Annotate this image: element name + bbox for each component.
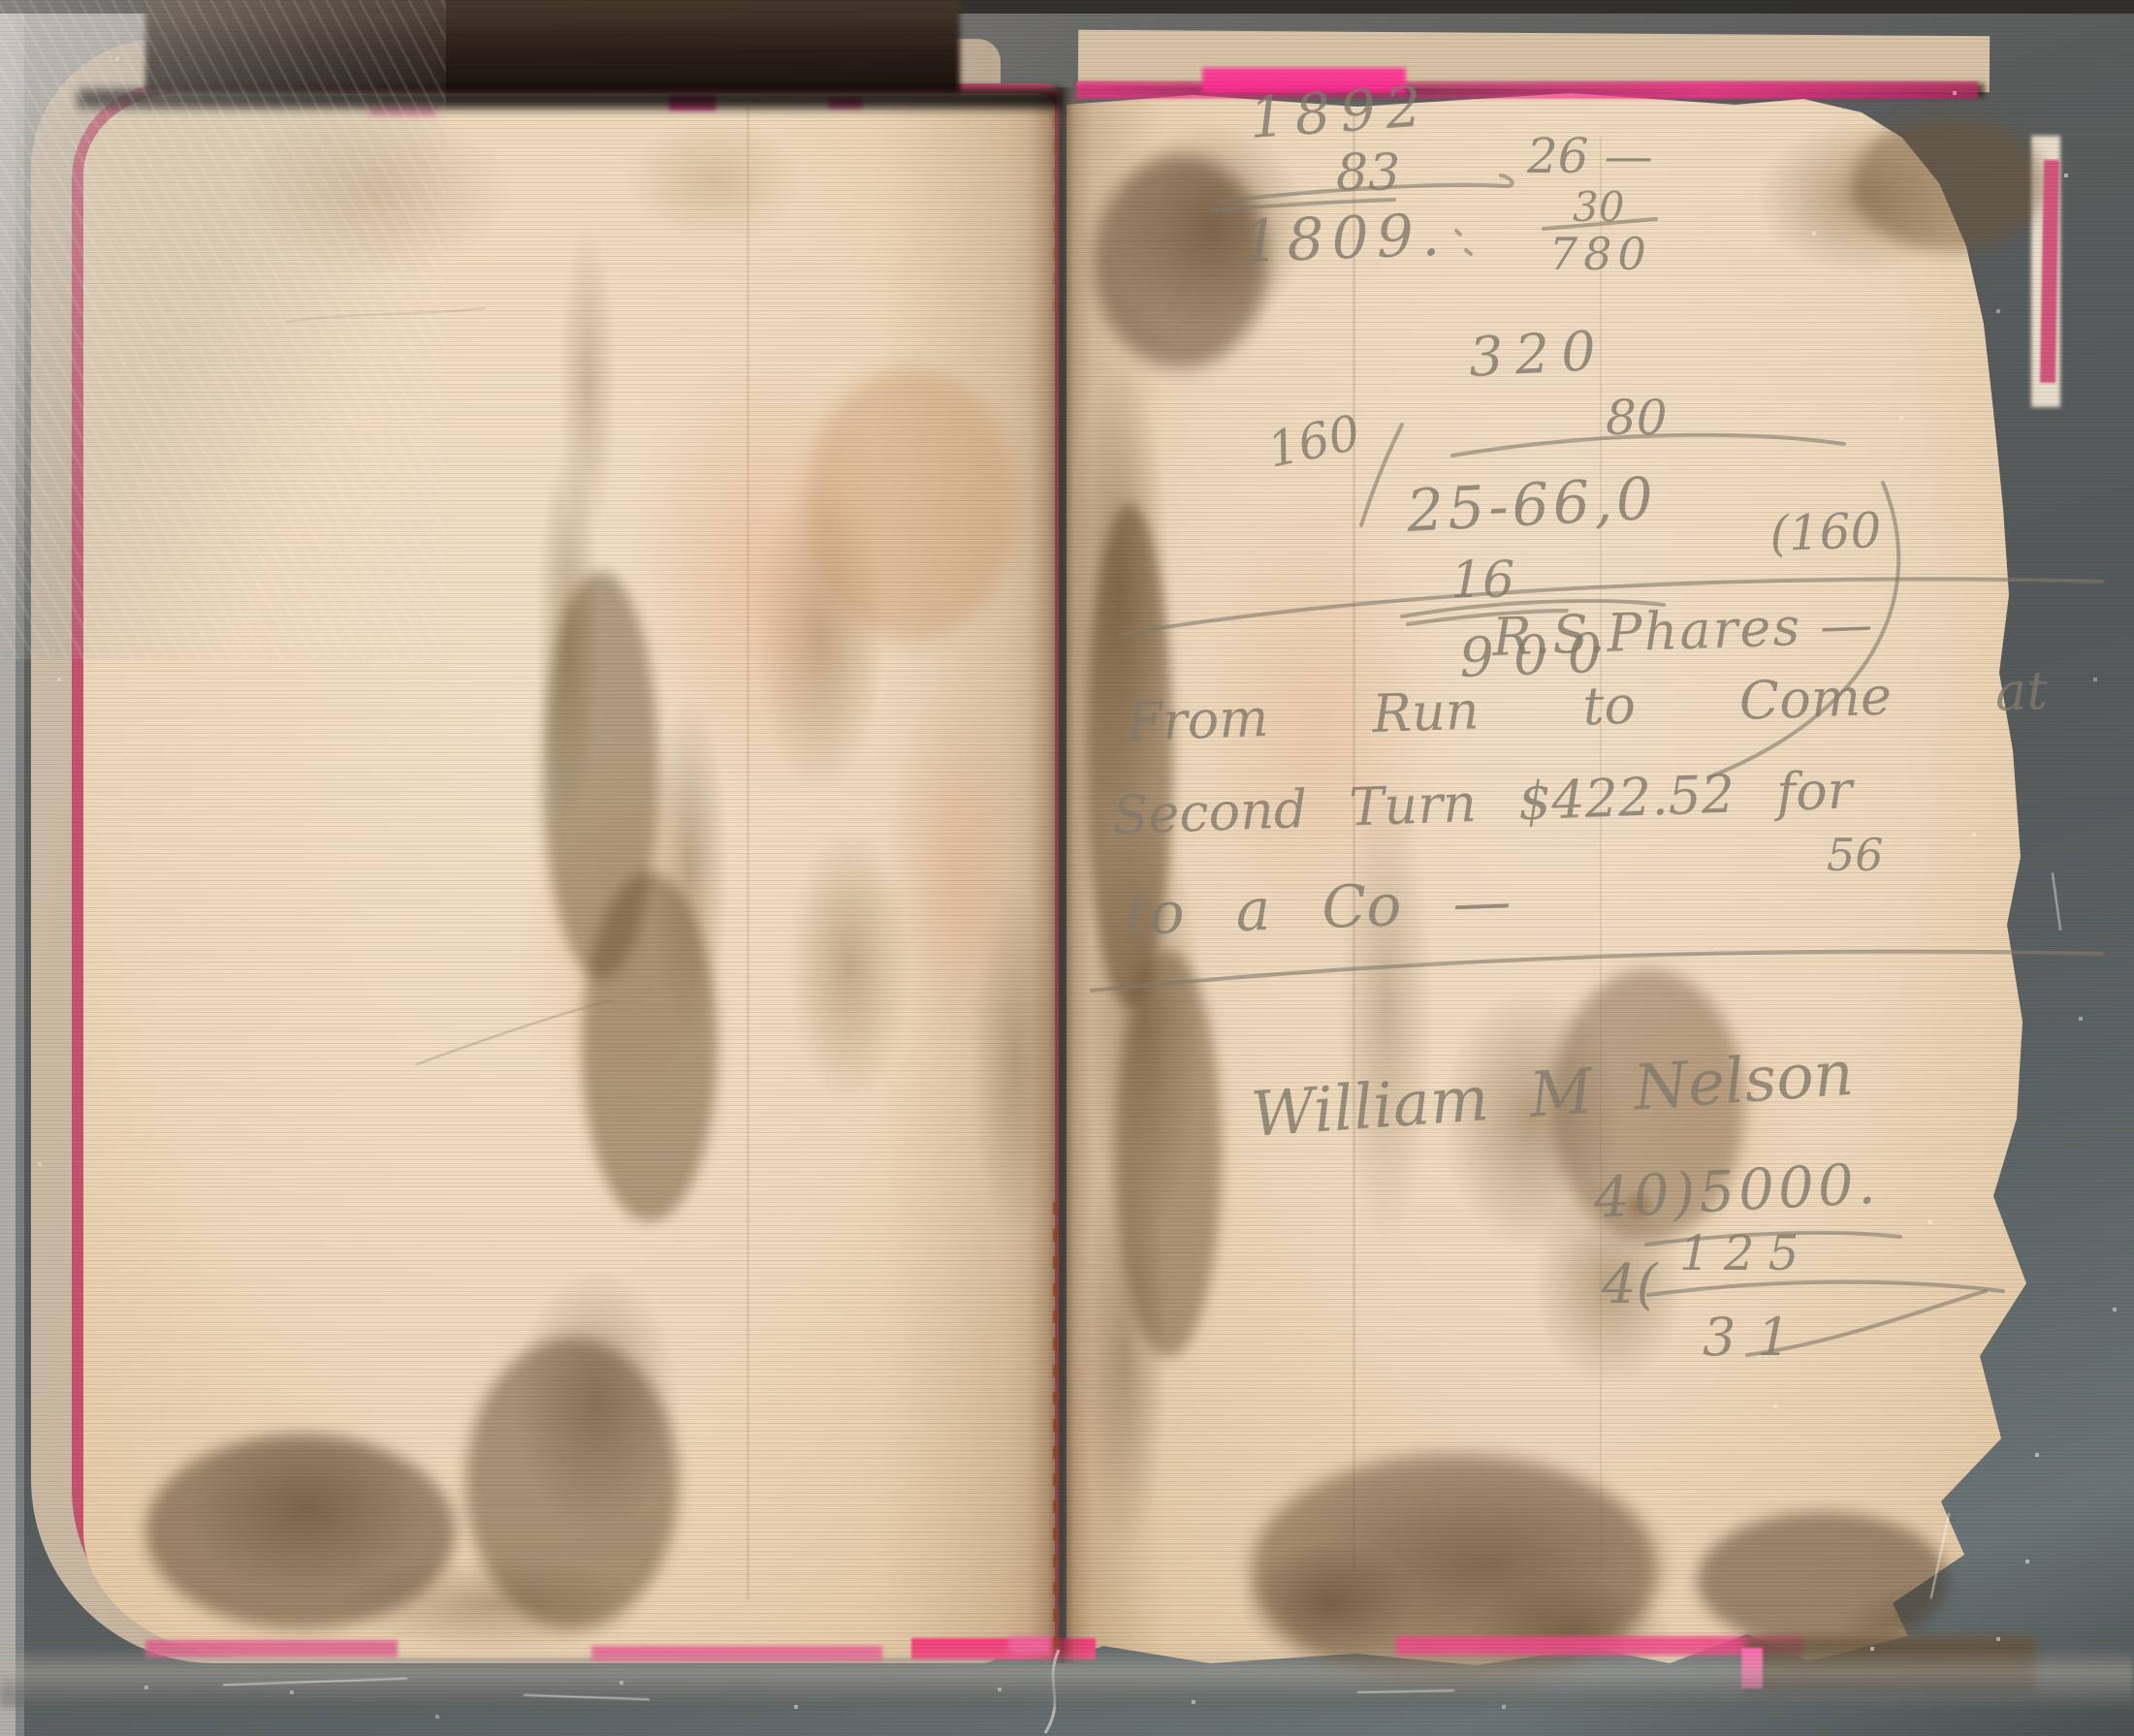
pink-bottom-streak [591,1646,882,1661]
scratch-line [1357,1689,1454,1693]
scanner-edge-highlight [16,0,24,1736]
scanner-edge-strip [0,0,16,1736]
gutter-pink-smudge [1008,1636,1051,1654]
right-page [1067,91,2044,1667]
scratch-line [2052,872,2061,931]
pink-top-blob [1202,68,1406,93]
pink-bottom-streak [145,1640,398,1657]
binding-stitches [1053,1202,1058,1648]
scratch-line [223,1678,407,1687]
cover-blur-band [145,0,960,92]
pink-corner-spot [1741,1648,1763,1689]
notebook-scan: 1892 83 1809. 26 — 30 780 320 80 160 25-… [0,0,2134,1736]
bottom-right-smudge [1745,1636,2036,1692]
pink-bottom-streak [911,1638,1096,1659]
binding-stitches-top [1053,116,1057,320]
left-page [83,93,1055,1657]
scratch-line [524,1694,650,1701]
page-top-shadow [78,89,1062,109]
